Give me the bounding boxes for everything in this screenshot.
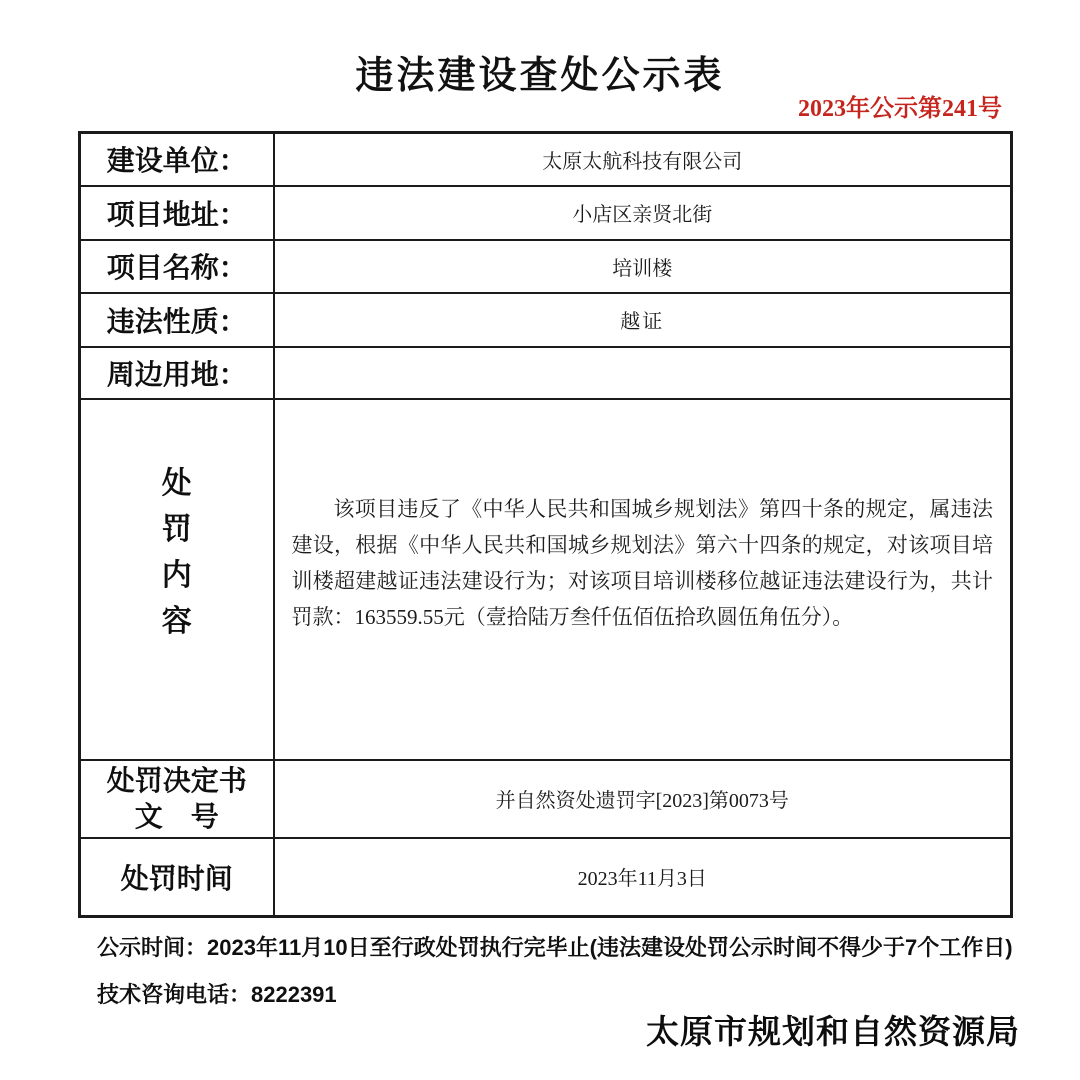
row-label-construction-unit: 建设单位： <box>80 133 274 186</box>
table-row-violation-nature: 违法性质： 越证 <box>80 293 1012 347</box>
row-label-surrounding-land: 周边用地： <box>80 347 274 399</box>
row-value-project-address: 小店区亲贤北街 <box>274 186 1012 240</box>
notice-number: 2023年公示第241号 <box>798 88 1002 123</box>
row-value-construction-unit: 太原太航科技有限公司 <box>274 133 1012 186</box>
table-row-project-name: 项目名称： 培训楼 <box>80 240 1012 293</box>
agency-signature: 太原市规划和自然资源局 <box>646 1006 1020 1053</box>
table-row-project-address: 项目地址： 小店区亲贤北街 <box>80 186 1012 240</box>
row-value-punishment-date: 2023年11月3日 <box>274 838 1012 917</box>
row-value-punishment-content: 该项目违反了《中华人民共和国城乡规划法》第四十条的规定，属违法建设，根据《中华人… <box>274 399 1012 760</box>
publicity-period-note: 公示时间：2023年11月10日至行政处罚执行完毕止(违法建设处罚公示时间不得少… <box>97 931 1013 962</box>
table-row-punishment-content: 处 罚 内 容 该项目违反了《中华人民共和国城乡规划法》第四十条的规定，属违法建… <box>80 399 1012 760</box>
consult-phone-note: 技术咨询电话：8222391 <box>97 978 337 1009</box>
row-label-punishment-content: 处 罚 内 容 <box>80 399 274 760</box>
row-value-project-name: 培训楼 <box>274 240 1012 293</box>
public-notice-document: 违法建设查处公示表 2023年公示第241号 建设单位： 太原太航科技有限公司 … <box>0 0 1080 1080</box>
table-row-punishment-doc-no: 处罚决定书 文 号 并自然资处遗罚字[2023]第0073号 <box>80 760 1012 838</box>
row-value-punishment-doc-no: 并自然资处遗罚字[2023]第0073号 <box>274 760 1012 838</box>
table-row-construction-unit: 建设单位： 太原太航科技有限公司 <box>80 133 1012 186</box>
punishment-paragraph: 该项目违反了《中华人民共和国城乡规划法》第四十条的规定，属违法建设，根据《中华人… <box>292 491 994 635</box>
table-row-punishment-date: 处罚时间 2023年11月3日 <box>80 838 1012 917</box>
table-row-surrounding-land: 周边用地： <box>80 347 1012 399</box>
row-label-violation-nature: 违法性质： <box>80 293 274 347</box>
row-label-punishment-date: 处罚时间 <box>80 838 274 917</box>
notice-table: 建设单位： 太原太航科技有限公司 项目地址： 小店区亲贤北街 项目名称： 培训楼… <box>78 131 1013 918</box>
vertical-label: 处 罚 内 容 <box>81 461 273 645</box>
row-value-violation-nature: 越证 <box>274 293 1012 347</box>
row-label-punishment-doc-no: 处罚决定书 文 号 <box>80 760 274 838</box>
row-label-project-address: 项目地址： <box>80 186 274 240</box>
row-value-surrounding-land <box>274 347 1012 399</box>
row-label-project-name: 项目名称： <box>80 240 274 293</box>
